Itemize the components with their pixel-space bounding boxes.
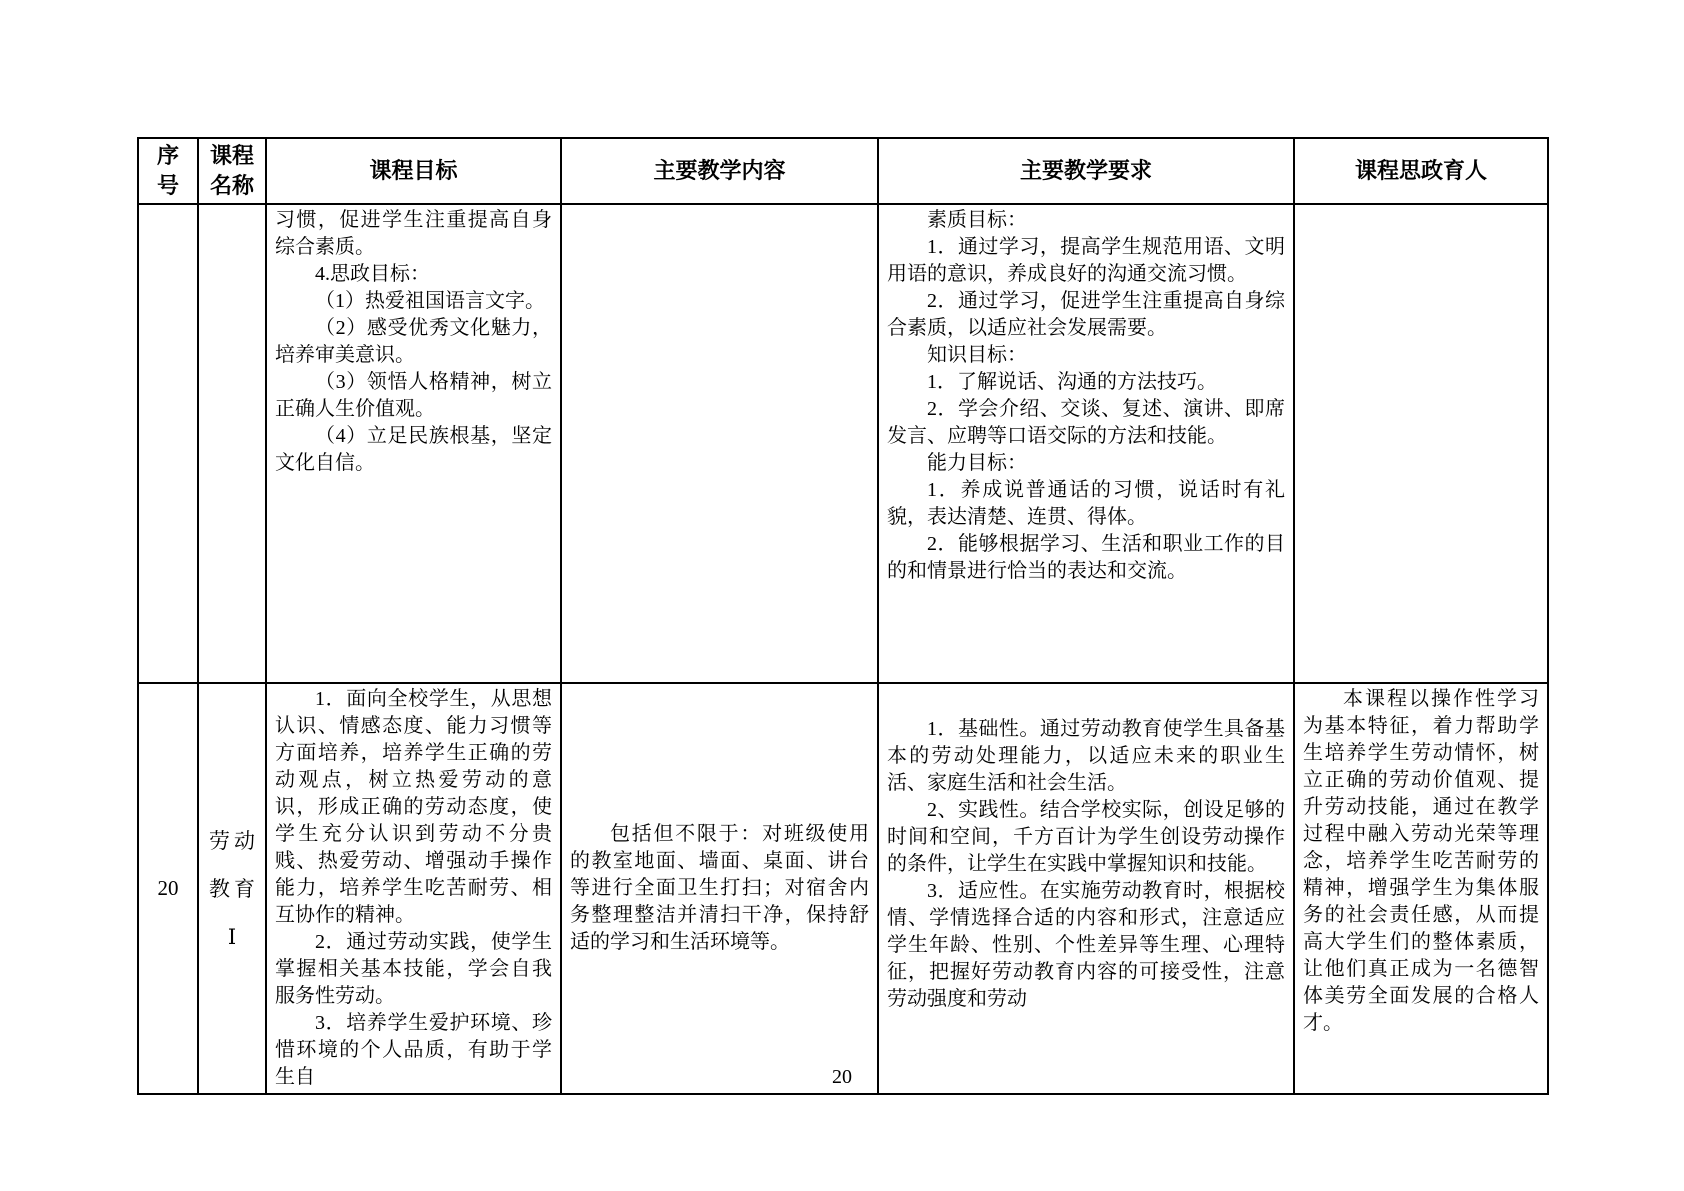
table-header-row: 序 号 课程 名称 课程目标 主要教学内容 主要教学要求 课程思政育人: [138, 138, 1548, 204]
objective-paragraph: 2．通过劳动实践，使学生掌握相关基本技能，学会自我服务性劳动。: [275, 929, 552, 1010]
cell-teaching-requirements-continuation: 素质目标：1．通过学习，提高学生规范用语、文明用语的意识，养成良好的沟通交流习惯…: [878, 204, 1294, 683]
col-header-objectives: 课程目标: [266, 138, 561, 204]
col-header-seq: 序 号: [138, 138, 198, 204]
ideology-paragraph: 本课程以操作性学习为基本特征，着力帮助学生培养学生劳动情怀，树立正确的劳动价值观…: [1303, 686, 1539, 1037]
cell-ideology-empty: [1294, 204, 1548, 683]
objective-paragraph: 习惯，促进学生注重提高自身综合素质。: [275, 207, 552, 261]
objective-paragraph: 4.思政目标：: [275, 261, 552, 288]
cell-ideology-labor-education: 本课程以操作性学习为基本特征，着力帮助学生培养学生劳动情怀，树立正确的劳动价值观…: [1294, 683, 1548, 1094]
course-name-line: 教育: [209, 865, 255, 913]
table-row-course-20: 20 劳动教育Ⅰ 1．面向全校学生，从思想认识、情感态度、能力习惯等方面培养，培…: [138, 683, 1548, 1094]
requirement-paragraph: 2．能够根据学习、生活和职业工作的目的和情景进行恰当的表达和交流。: [887, 531, 1285, 585]
content-paragraph: 包括但不限于：对班级使用的教室地面、墙面、桌面、讲台等进行全面卫生打扫；对宿舍内…: [570, 821, 869, 956]
requirement-paragraph: 素质目标：: [887, 207, 1285, 234]
requirement-paragraph: 2．通过学习，促进学生注重提高自身综合素质，以适应社会发展需要。: [887, 288, 1285, 342]
cell-teaching-content-labor-education: 包括但不限于：对班级使用的教室地面、墙面、桌面、讲台等进行全面卫生打扫；对宿舍内…: [561, 683, 878, 1094]
requirement-paragraph: 1．基础性。通过劳动教育使学生具备基本的劳动处理能力，以适应未来的职业生活、家庭…: [887, 716, 1285, 797]
objective-paragraph: （1）热爱祖国语言文字。: [275, 288, 552, 315]
col-header-ideology: 课程思政育人: [1294, 138, 1548, 204]
requirement-paragraph: 1．了解说话、沟通的方法技巧。: [887, 369, 1285, 396]
requirement-paragraph: 能力目标：: [887, 450, 1285, 477]
col-header-teaching-content: 主要教学内容: [561, 138, 878, 204]
cell-course-name-empty: [198, 204, 266, 683]
requirement-paragraph: 1．养成说普通话的习惯，说话时有礼貌，表达清楚、连贯、得体。: [887, 477, 1285, 531]
course-name-line: Ⅰ: [209, 913, 255, 961]
cell-seq-20: 20: [138, 683, 198, 1094]
requirement-paragraph: 1．通过学习，提高学生规范用语、文明用语的意识，养成良好的沟通交流习惯。: [887, 234, 1285, 288]
cell-objectives-continuation: 习惯，促进学生注重提高自身综合素质。4.思政目标：（1）热爱祖国语言文字。（2）…: [266, 204, 561, 683]
requirement-paragraph: 3．适应性。在实施劳动教育时，根据校情、学情选择合适的内容和形式，注意适应学生年…: [887, 878, 1285, 1013]
page-number: 20: [0, 1066, 1684, 1089]
objective-paragraph: （3）领悟人格精神，树立正确人生价值观。: [275, 369, 552, 423]
objective-paragraph: （4）立足民族根基，坚定文化自信。: [275, 423, 552, 477]
table-row-continuation: 习惯，促进学生注重提高自身综合素质。4.思政目标：（1）热爱祖国语言文字。（2）…: [138, 204, 1548, 683]
cell-teaching-requirements-labor-education: 1．基础性。通过劳动教育使学生具备基本的劳动处理能力，以适应未来的职业生活、家庭…: [878, 683, 1294, 1094]
course-name-line: 劳动: [209, 817, 255, 865]
col-header-course-name: 课程 名称: [198, 138, 266, 204]
requirement-paragraph: 2、实践性。结合学校实际，创设足够的时间和空间，千方百计为学生创设劳动操作的条件…: [887, 797, 1285, 878]
requirement-paragraph: 知识目标：: [887, 342, 1285, 369]
objective-paragraph: 1．面向全校学生，从思想认识、情感态度、能力习惯等方面培养，培养学生正确的劳动观…: [275, 686, 552, 929]
cell-objectives-labor-education: 1．面向全校学生，从思想认识、情感态度、能力习惯等方面培养，培养学生正确的劳动观…: [266, 683, 561, 1094]
course-table: 序 号 课程 名称 课程目标 主要教学内容 主要教学要求 课程思政育人 习惯，促…: [137, 137, 1549, 1095]
cell-course-name-labor-education: 劳动教育Ⅰ: [198, 683, 266, 1094]
col-header-teaching-requirements: 主要教学要求: [878, 138, 1294, 204]
requirement-paragraph: 2．学会介绍、交谈、复述、演讲、即席发言、应聘等口语交际的方法和技能。: [887, 396, 1285, 450]
objective-paragraph: （2）感受优秀文化魅力，培养审美意识。: [275, 315, 552, 369]
cell-seq-empty: [138, 204, 198, 683]
document-page: 序 号 课程 名称 课程目标 主要教学内容 主要教学要求 课程思政育人 习惯，促…: [0, 0, 1684, 1191]
cell-teaching-content-empty: [561, 204, 878, 683]
